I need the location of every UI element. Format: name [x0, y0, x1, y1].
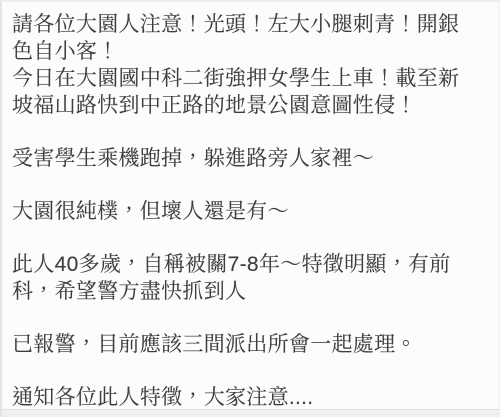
paragraph-closing-notice: 通知各位此人特徵，大家注意....	[12, 384, 486, 411]
post-content: 請各位大園人注意！光頭！左大小腿刺青！開銀 色自小客！ 今日在大園國中科二街強押…	[0, 0, 500, 417]
text-line: 通知各位此人特徵，大家注意....	[12, 384, 486, 411]
paragraph-victim-escape: 受害學生乘機跑掉，躲進路旁人家裡～	[12, 145, 486, 172]
text-line: 已報警，目前應該三間派出所會一起處理。	[12, 331, 486, 358]
text-line: 科，希望警方盡快抓到人	[12, 278, 486, 305]
text-line: 色自小客！	[12, 38, 486, 65]
text-line: 受害學生乘機跑掉，躲進路旁人家裡～	[12, 145, 486, 172]
paragraph-community-comment: 大園很純樸，但壞人還是有～	[12, 198, 486, 225]
paragraph-warning-description: 請各位大園人注意！光頭！左大小腿刺青！開銀 色自小客！ 今日在大園國中科二街強押…	[12, 11, 486, 119]
text-line: 此人40多歲，自稱被關7-8年～特徵明顯，有前	[12, 251, 486, 278]
paragraph-suspect-details: 此人40多歲，自稱被關7-8年～特徵明顯，有前 科，希望警方盡快抓到人	[12, 251, 486, 305]
text-line: 坡福山路快到中正路的地景公園意圖性侵！	[12, 92, 486, 119]
text-line: 大園很純樸，但壞人還是有～	[12, 198, 486, 225]
paragraph-police-report: 已報警，目前應該三間派出所會一起處理。	[12, 331, 486, 358]
text-line: 今日在大園國中科二街強押女學生上車！載至新	[12, 65, 486, 92]
text-line: 請各位大園人注意！光頭！左大小腿刺青！開銀	[12, 11, 486, 38]
bottom-edge-strip	[2, 409, 500, 417]
